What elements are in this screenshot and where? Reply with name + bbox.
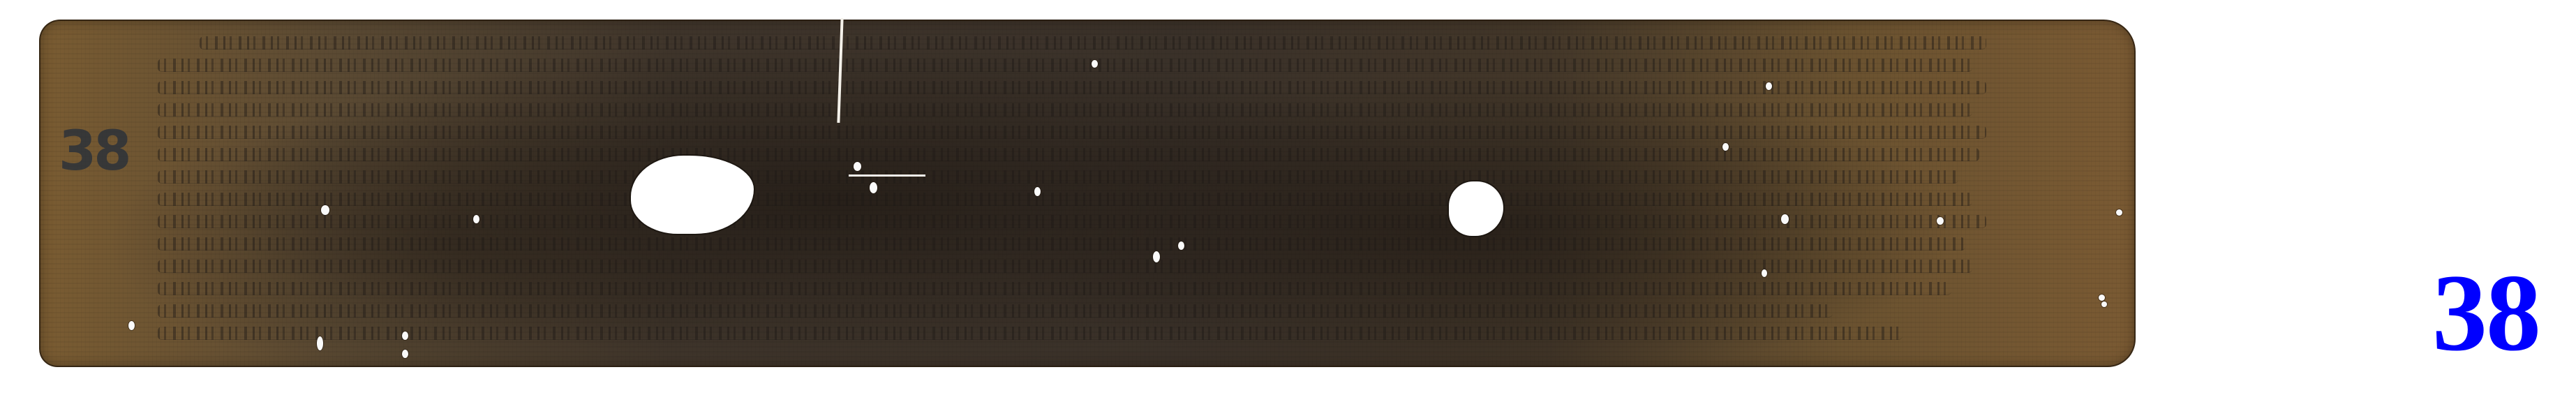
pinhole xyxy=(1762,269,1767,277)
pinhole xyxy=(1092,60,1098,68)
text-line xyxy=(158,215,1986,228)
text-line xyxy=(158,260,1972,273)
pinhole xyxy=(2101,301,2107,307)
leaf-crack xyxy=(849,174,925,177)
manuscript-text-block xyxy=(158,31,2007,355)
pinhole xyxy=(1153,251,1160,262)
pinhole xyxy=(402,350,408,358)
pinhole xyxy=(854,162,861,171)
pinhole xyxy=(1034,187,1041,196)
pinhole xyxy=(317,336,323,350)
pinhole xyxy=(1722,143,1729,151)
pinhole xyxy=(1781,214,1789,224)
pinhole xyxy=(870,182,877,193)
text-line xyxy=(158,327,1903,340)
text-line xyxy=(158,148,1979,161)
palm-leaf: 38 xyxy=(39,20,2136,367)
pinhole xyxy=(321,205,329,215)
page-number-label: 38 xyxy=(2432,258,2540,368)
pinhole xyxy=(1766,82,1772,90)
pinhole xyxy=(2116,209,2122,216)
pinhole xyxy=(128,321,135,330)
pinhole xyxy=(1178,241,1184,250)
pinhole xyxy=(2099,295,2105,301)
text-line xyxy=(158,304,1833,318)
text-line xyxy=(158,59,1972,72)
pinhole xyxy=(1937,217,1944,225)
text-line xyxy=(158,170,1958,184)
text-line xyxy=(158,126,1986,139)
text-line xyxy=(158,81,1986,94)
pinhole xyxy=(473,215,479,223)
text-line xyxy=(158,103,1972,117)
text-line xyxy=(158,193,1972,206)
handwritten-leaf-number: 38 xyxy=(59,124,129,179)
text-line xyxy=(158,237,1965,251)
text-line xyxy=(200,36,1986,50)
text-line xyxy=(158,282,1951,295)
pinhole xyxy=(402,332,408,340)
